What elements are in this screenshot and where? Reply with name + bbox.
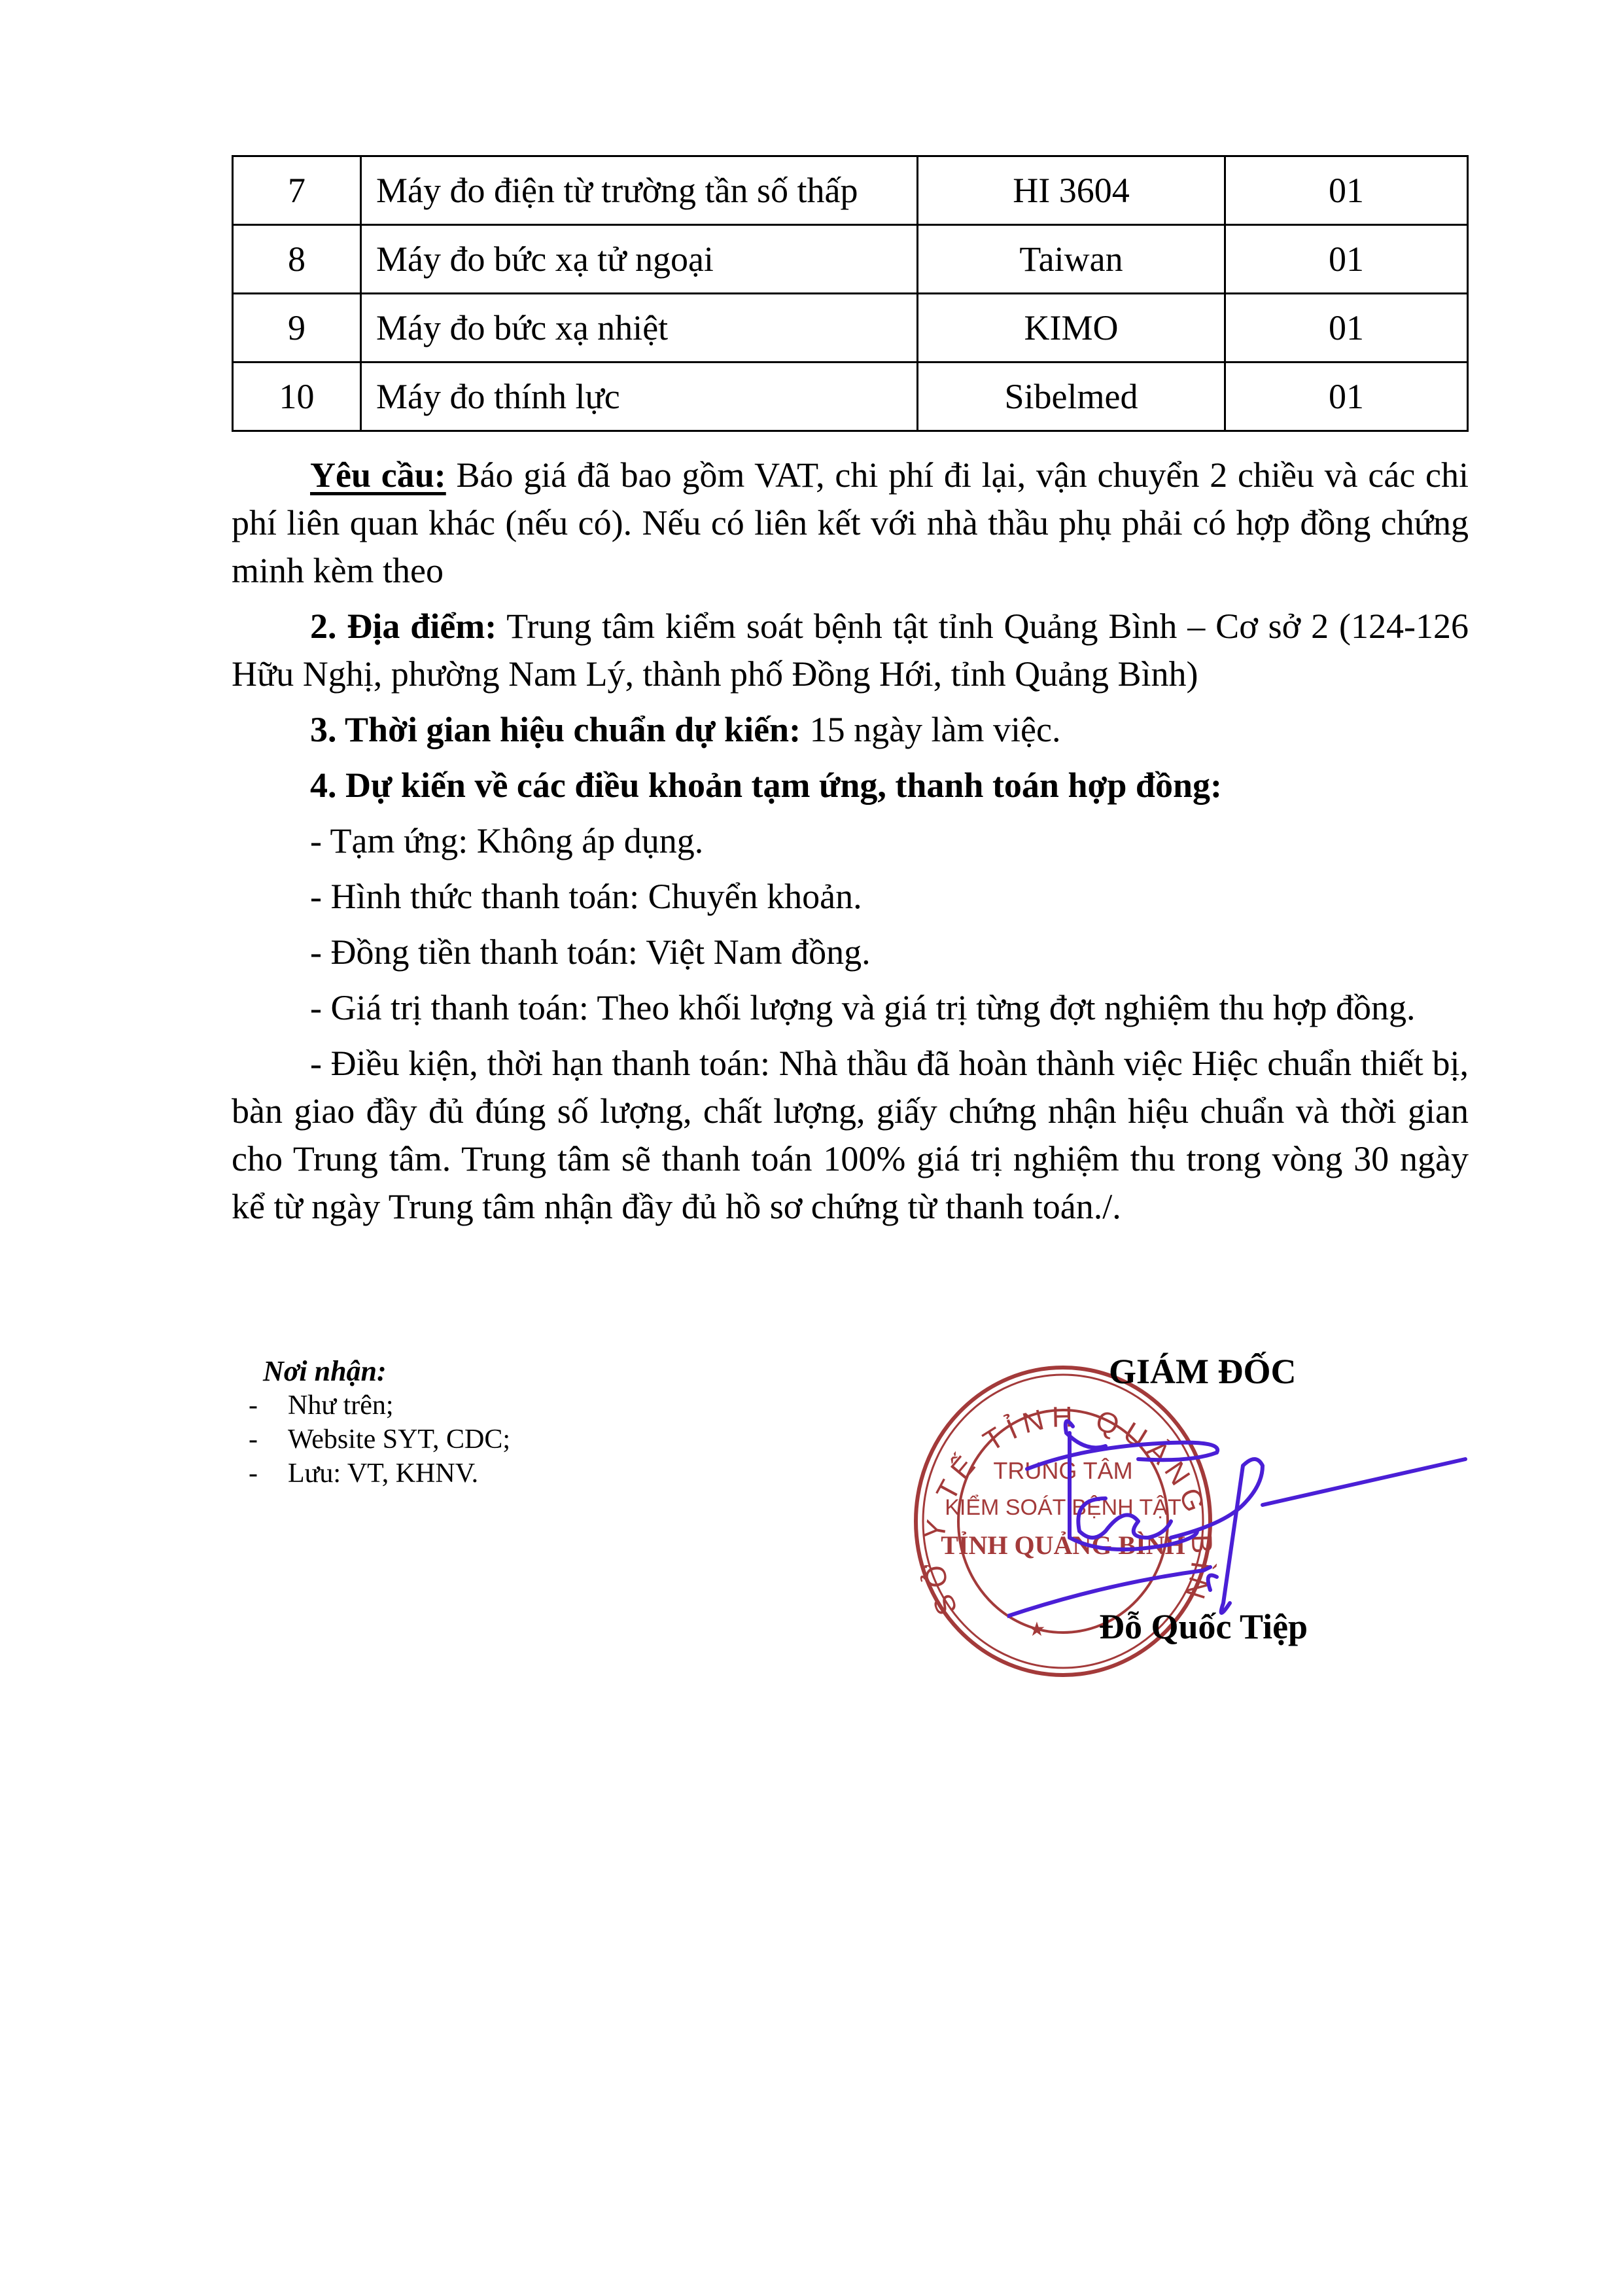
cell-qty: 01 <box>1225 156 1468 225</box>
location-label: 2. Địa điểm: <box>310 607 497 646</box>
terms-item-advance: - Tạm ứng: Không áp dụng. <box>232 817 1469 865</box>
cell-model: HI 3604 <box>918 156 1225 225</box>
terms-item-conditions: - Điều kiện, thời hạn thanh toán: Nhà th… <box>232 1040 1469 1231</box>
terms-heading: 4. Dự kiến về các điều khoản tạm ứng, th… <box>232 762 1469 809</box>
recipients-block: Nơi nhận: - Như trên; - Website SYT, CDC… <box>249 1354 510 1491</box>
requirement-label: Yêu cầu: <box>310 455 446 495</box>
cell-model: KIMO <box>918 294 1225 362</box>
cell-name: Máy đo bức xạ tử ngoại <box>361 225 918 294</box>
table-row: 9 Máy đo bức xạ nhiệt KIMO 01 <box>233 294 1468 362</box>
recipient-item: - Lưu: VT, KHNV. <box>249 1457 510 1491</box>
signer-position: GIÁM ĐỐC <box>1109 1351 1296 1392</box>
cell-name: Máy đo điện từ trường tần số thấp <box>361 156 918 225</box>
table-row: 10 Máy đo thính lực Sibelmed 01 <box>233 362 1468 431</box>
recipients-title: Nơi nhận: <box>263 1354 510 1388</box>
table-row: 7 Máy đo điện từ trường tần số thấp HI 3… <box>233 156 1468 225</box>
duration-paragraph: 3. Thời gian hiệu chuẩn dự kiến: 15 ngày… <box>232 706 1469 754</box>
duration-label: 3. Thời gian hiệu chuẩn dự kiến: <box>310 710 801 749</box>
signer-name: Đỗ Quốc Tiệp <box>1099 1606 1308 1647</box>
cell-stt: 8 <box>233 225 361 294</box>
cell-name: Máy đo thính lực <box>361 362 918 431</box>
table-row: 8 Máy đo bức xạ tử ngoại Taiwan 01 <box>233 225 1468 294</box>
terms-item-currency: - Đồng tiền thanh toán: Việt Nam đồng. <box>232 928 1469 976</box>
cell-model: Taiwan <box>918 225 1225 294</box>
cell-model: Sibelmed <box>918 362 1225 431</box>
document-body: Yêu cầu: Báo giá đã bao gồm VAT, chi phí… <box>232 451 1469 1239</box>
location-paragraph: 2. Địa điểm: Trung tâm kiểm soát bệnh tậ… <box>232 603 1469 698</box>
requirement-paragraph: Yêu cầu: Báo giá đã bao gồm VAT, chi phí… <box>232 451 1469 595</box>
equipment-table: 7 Máy đo điện từ trường tần số thấp HI 3… <box>232 155 1469 432</box>
list-dash: - <box>249 1388 288 1422</box>
terms-item-value: - Giá trị thanh toán: Theo khối lượng và… <box>232 984 1469 1032</box>
cell-stt: 7 <box>233 156 361 225</box>
recipient-item: - Website SYT, CDC; <box>249 1422 510 1457</box>
recipient-item: - Như trên; <box>249 1388 510 1422</box>
cell-qty: 01 <box>1225 362 1468 431</box>
cell-qty: 01 <box>1225 225 1468 294</box>
document-page: 7 Máy đo điện từ trường tần số thấp HI 3… <box>0 0 1623 2296</box>
list-dash: - <box>249 1457 288 1491</box>
recipient-text: Website SYT, CDC; <box>288 1422 510 1457</box>
cell-qty: 01 <box>1225 294 1468 362</box>
list-dash: - <box>249 1422 288 1457</box>
cell-stt: 9 <box>233 294 361 362</box>
cell-name: Máy đo bức xạ nhiệt <box>361 294 918 362</box>
duration-text: 15 ngày làm việc. <box>801 710 1060 749</box>
cell-stt: 10 <box>233 362 361 431</box>
recipient-text: Như trên; <box>288 1388 394 1422</box>
terms-item-method: - Hình thức thanh toán: Chuyển khoản. <box>232 873 1469 921</box>
recipient-text: Lưu: VT, KHNV. <box>288 1457 478 1491</box>
